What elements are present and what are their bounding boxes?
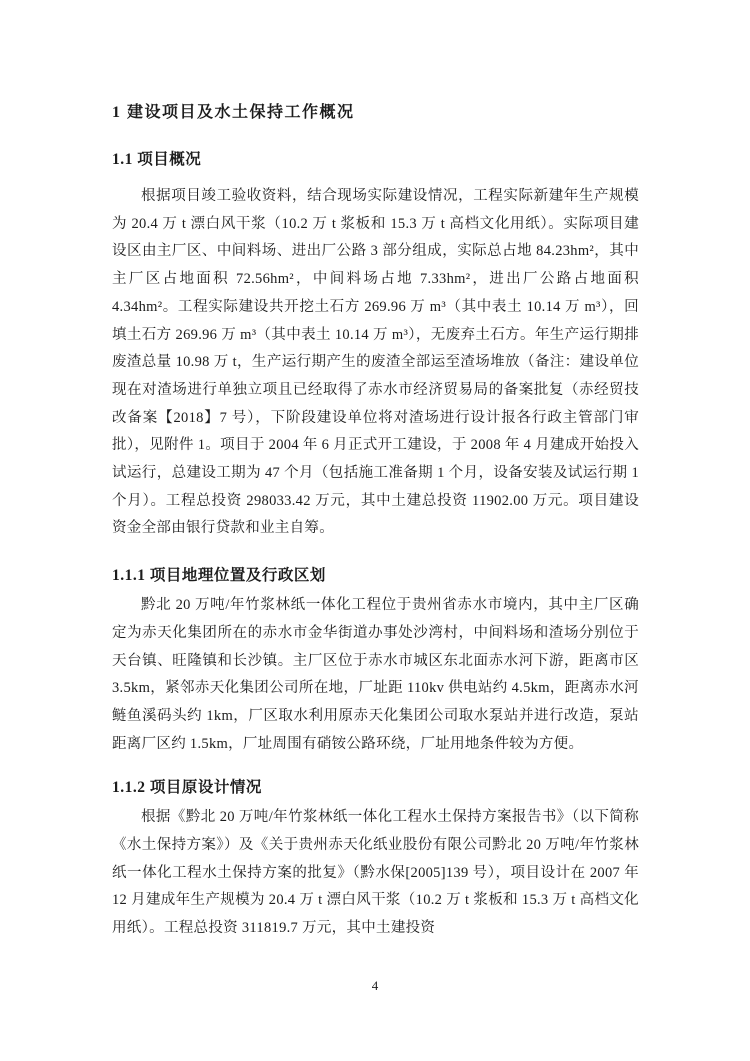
section-heading-1-1: 1.1 项目概况 <box>112 150 639 169</box>
section-1-1-paragraph: 根据项目竣工验收资料，结合现场实际建设情况，工程实际新建年生产规模为 20.4 … <box>112 183 639 543</box>
chapter-heading: 1 建设项目及水土保持工作概况 <box>112 103 639 123</box>
section-heading-1-1-2: 1.1.2 项目原设计情况 <box>112 778 639 797</box>
page-number: 4 <box>0 978 750 994</box>
section-heading-1-1-1: 1.1.1 项目地理位置及行政区划 <box>112 566 639 585</box>
section-1-1-2-paragraph: 根据《黔北 20 万吨/年竹浆林纸一体化工程水土保持方案报告书》（以下简称《水土… <box>112 804 639 943</box>
section-1-1-1-paragraph: 黔北 20 万吨/年竹浆林纸一体化工程位于贵州省赤水市境内，其中主厂区确定为赤天… <box>112 592 639 758</box>
page-content: 1 建设项目及水土保持工作概况 1.1 项目概况 根据项目竣工验收资料，结合现场… <box>112 0 639 943</box>
document-page: 1 建设项目及水土保持工作概况 1.1 项目概况 根据项目竣工验收资料，结合现场… <box>0 0 750 1061</box>
